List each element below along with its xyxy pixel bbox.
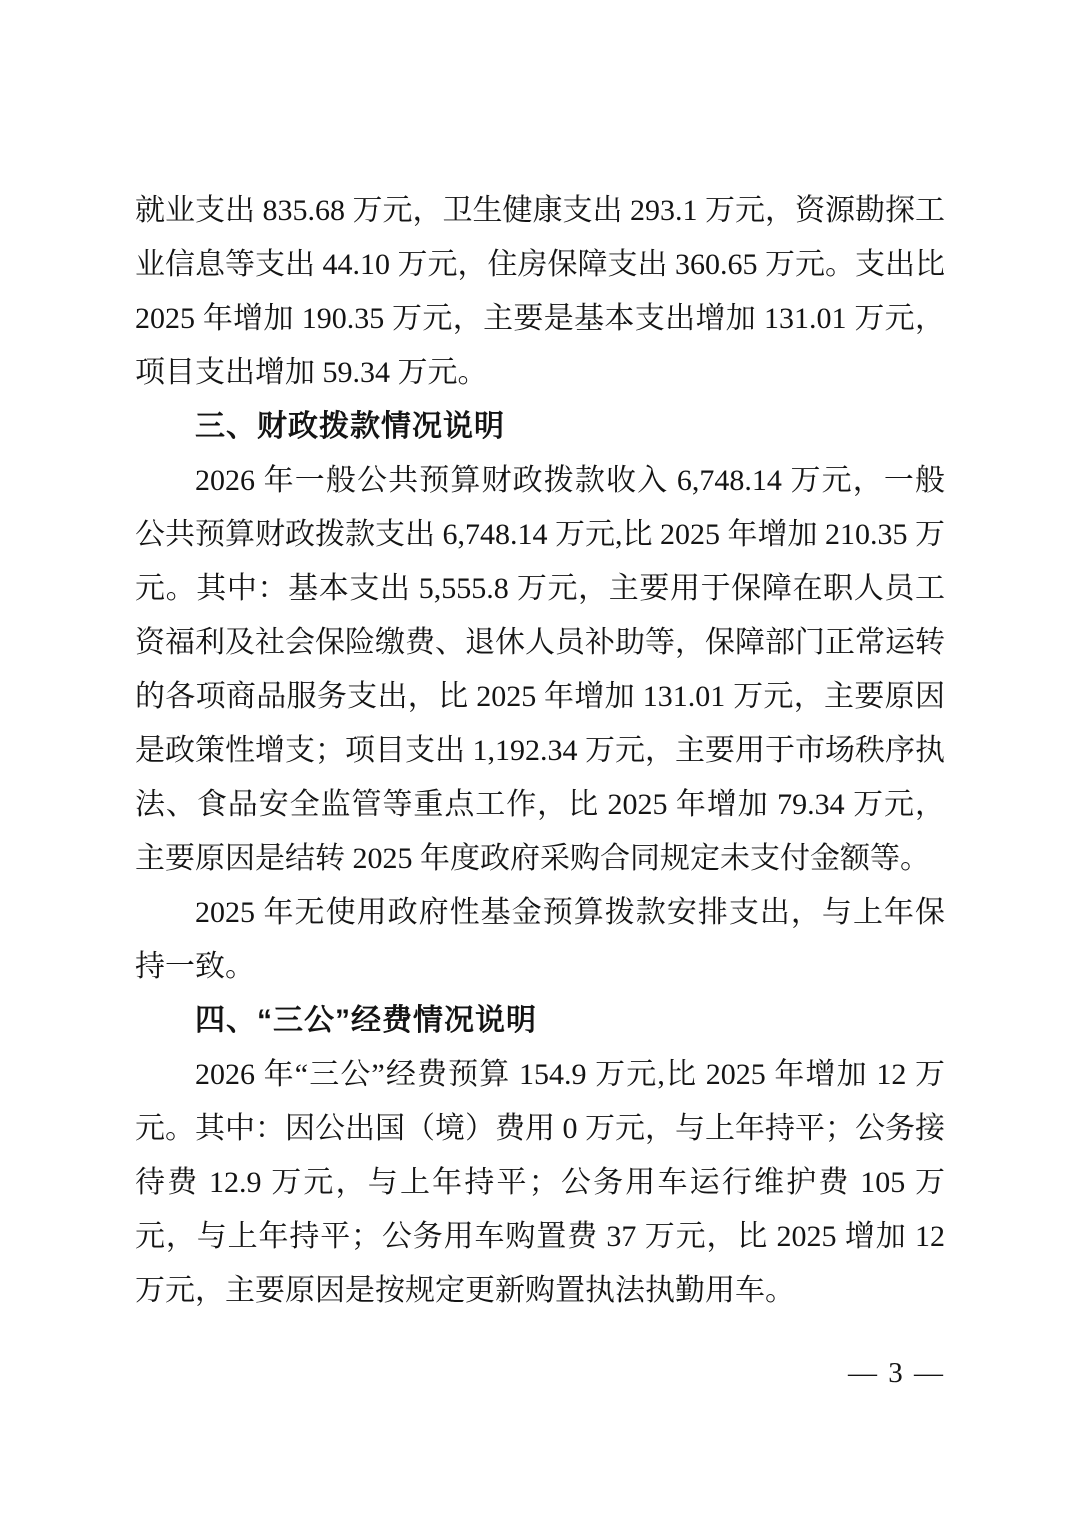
page-number: — 3 —	[135, 1356, 945, 1390]
section-heading-three-public-expenses: 四、“三公”经费情况说明	[135, 994, 945, 1048]
body-paragraph-carryover: 就业支出 835.68 万元，卫生健康支出 293.1 万元，资源勘探工业信息等…	[135, 184, 945, 400]
body-paragraph-government-fund: 2025 年无使用政府性基金预算拨款安排支出，与上年保持一致。	[135, 886, 945, 994]
section-heading-fiscal-appropriation: 三、财政拨款情况说明	[135, 400, 945, 454]
body-paragraph-fiscal-appropriation: 2026 年一般公共预算财政拨款收入 6,748.14 万元，一般公共预算财政拨…	[135, 454, 945, 886]
document-page: 就业支出 835.68 万元，卫生健康支出 293.1 万元，资源勘探工业信息等…	[0, 0, 1074, 1520]
body-paragraph-three-public-expenses: 2026 年“三公”经费预算 154.9 万元,比 2025 年增加 12 万元…	[135, 1048, 945, 1318]
document-body: 就业支出 835.68 万元，卫生健康支出 293.1 万元，资源勘探工业信息等…	[135, 0, 945, 1390]
